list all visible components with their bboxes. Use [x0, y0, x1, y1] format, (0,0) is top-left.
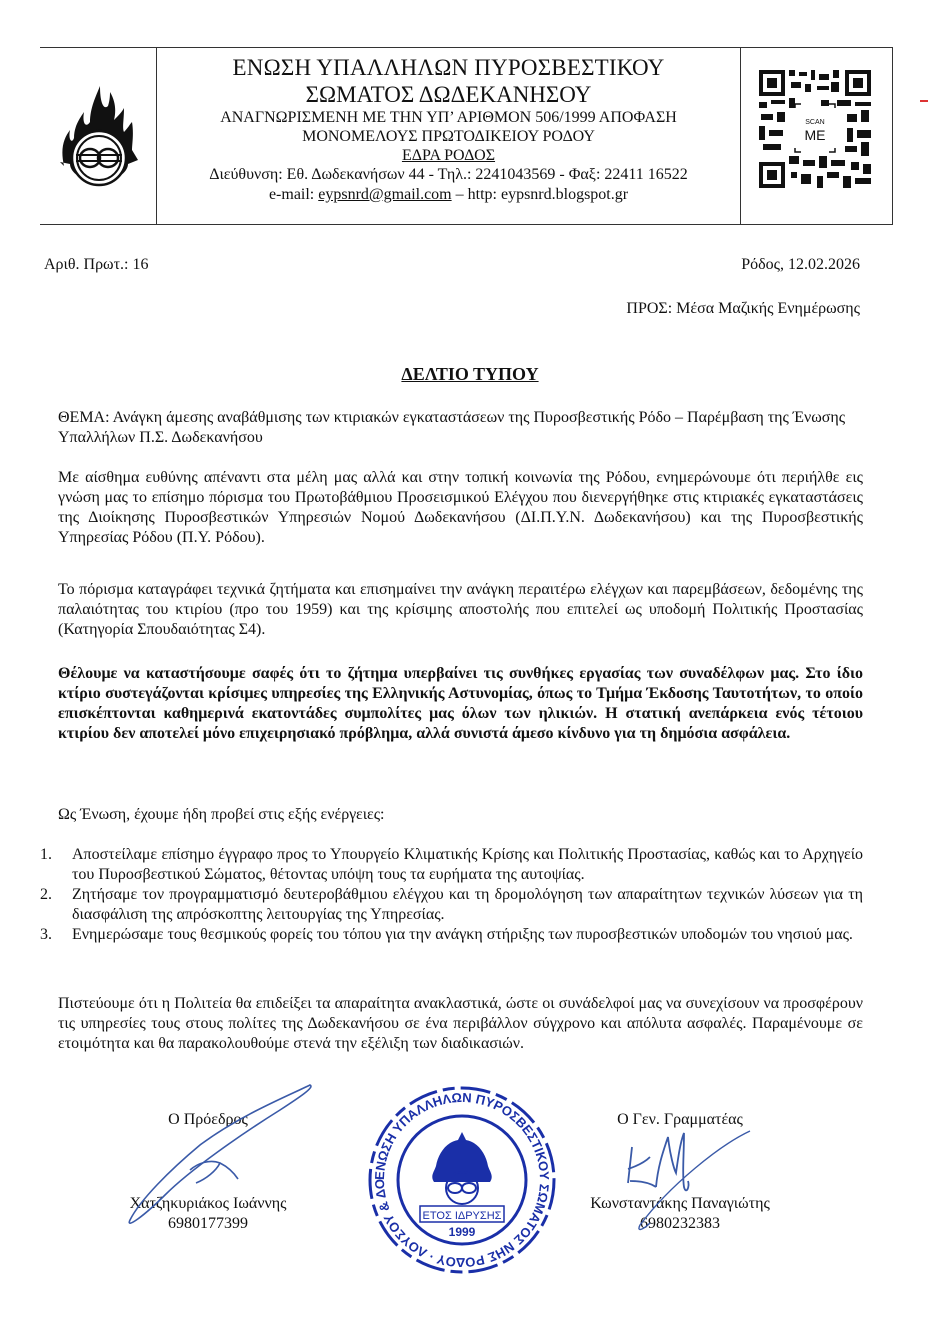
list-item: 3.Ενημερώσαμε τους θεσμικούς φορείς του … [40, 925, 863, 945]
svg-text:ME: ME [805, 127, 826, 143]
paragraph-3-bold: Θέλουμε να καταστήσουμε σαφές ότι το ζήτ… [58, 664, 863, 744]
qr-code-icon[interactable]: SCAN ME [759, 70, 871, 188]
email-link[interactable]: eypsnrd@gmail.com [318, 186, 451, 203]
closing-paragraph: Πιστεύουμε ότι η Πολιτεία θα επιδείξει τ… [58, 994, 863, 1054]
paragraph-1: Με αίσθημα ευθύνης απέναντι στα μέλη μας… [58, 468, 863, 548]
stray-mark [920, 100, 928, 102]
logo-cell [40, 48, 157, 224]
seat: ΕΔΡΑ ΡΟΔΟΣ [157, 146, 740, 165]
subject: ΘΕΜΑ: Ανάγκη άμεσης αναβάθμισης των κτιρ… [58, 408, 863, 448]
actions-intro: Ως Ένωση, έχουμε ήδη προβεί στις εξής εν… [58, 805, 863, 825]
fire-union-logo-icon [54, 78, 144, 198]
contact-line: e-mail: eypsnrd@gmail.com – http: eypsnr… [157, 185, 740, 205]
address-line: Διεύθυνση: Εθ. Δωδεκανήσων 44 - Τηλ.: 22… [157, 165, 740, 185]
email-label: e-mail: [269, 186, 314, 203]
recognition-line2: ΜΟΝΟΜΕΛΟΥΣ ΠΡΩΤΟΔΙΚΕΙΟΥ ΡΟΔΟΥ [157, 127, 740, 146]
org-name-line2: ΣΩΜΑΤΟΣ ΔΩΔΕΚΑΝΗΣΟΥ [157, 81, 740, 108]
qr-cell: SCAN ME [740, 48, 891, 224]
recipient: ΠΡΟΣ: Μέσα Μαζικής Ενημέρωσης [626, 300, 860, 318]
website-text[interactable]: – http: eypsnrd.blogspot.gr [456, 186, 628, 203]
signature-scribble-icon [120, 1075, 320, 1235]
document-date: Ρόδος, 12.02.2026 [741, 256, 860, 274]
svg-text:SCAN: SCAN [805, 119, 824, 126]
union-stamp-icon: ΕΝΩΣΗ ΥΠΑΛΛΗΛΩΝ ΠΥΡΟΣΒΕΣΤΙΚΟΥ ΣΩΜΑΤΟΣ ΝΗ… [362, 1080, 562, 1280]
org-name-line1: ΕΝΩΣΗ ΥΠΑΛΛΗΛΩΝ ΠΥΡΟΣΒΕΣΤΙΚΟΥ [157, 54, 740, 81]
protocol-number: Αριθ. Πρωτ.: 16 [44, 256, 148, 274]
document-title: ΔΕΛΤΙΟ ΤΥΠΟΥ [0, 364, 940, 385]
list-item: 2.Ζητήσαμε τον προγραμματισμό δευτεροβάθ… [40, 885, 863, 925]
list-item: 1.Αποστείλαμε επίσημο έγγραφο προς το Υπ… [40, 845, 863, 885]
actions-list: 1.Αποστείλαμε επίσημο έγγραφο προς το Υπ… [40, 845, 863, 945]
paragraph-2: Το πόρισμα καταγράφει τεχνικά ζητήματα κ… [58, 580, 863, 640]
svg-text:1999: 1999 [449, 1225, 476, 1239]
letterhead-text: ΕΝΩΣΗ ΥΠΑΛΛΗΛΩΝ ΠΥΡΟΣΒΕΣΤΙΚΟΥ ΣΩΜΑΤΟΣ ΔΩ… [157, 48, 740, 224]
signature-scribble-icon [610, 1125, 760, 1245]
letterhead: ΕΝΩΣΗ ΥΠΑΛΛΗΛΩΝ ΠΥΡΟΣΒΕΣΤΙΚΟΥ ΣΩΜΑΤΟΣ ΔΩ… [40, 47, 893, 225]
recognition-line1: ΑΝΑΓΝΩΡΙΣΜΕΝΗ ΜΕ ΤΗΝ ΥΠ’ ΑΡΙΘΜΟΝ 506/199… [157, 108, 740, 127]
svg-text:ΕΤΟΣ ΙΔΡΥΣΗΣ: ΕΤΟΣ ΙΔΡΥΣΗΣ [423, 1210, 502, 1222]
